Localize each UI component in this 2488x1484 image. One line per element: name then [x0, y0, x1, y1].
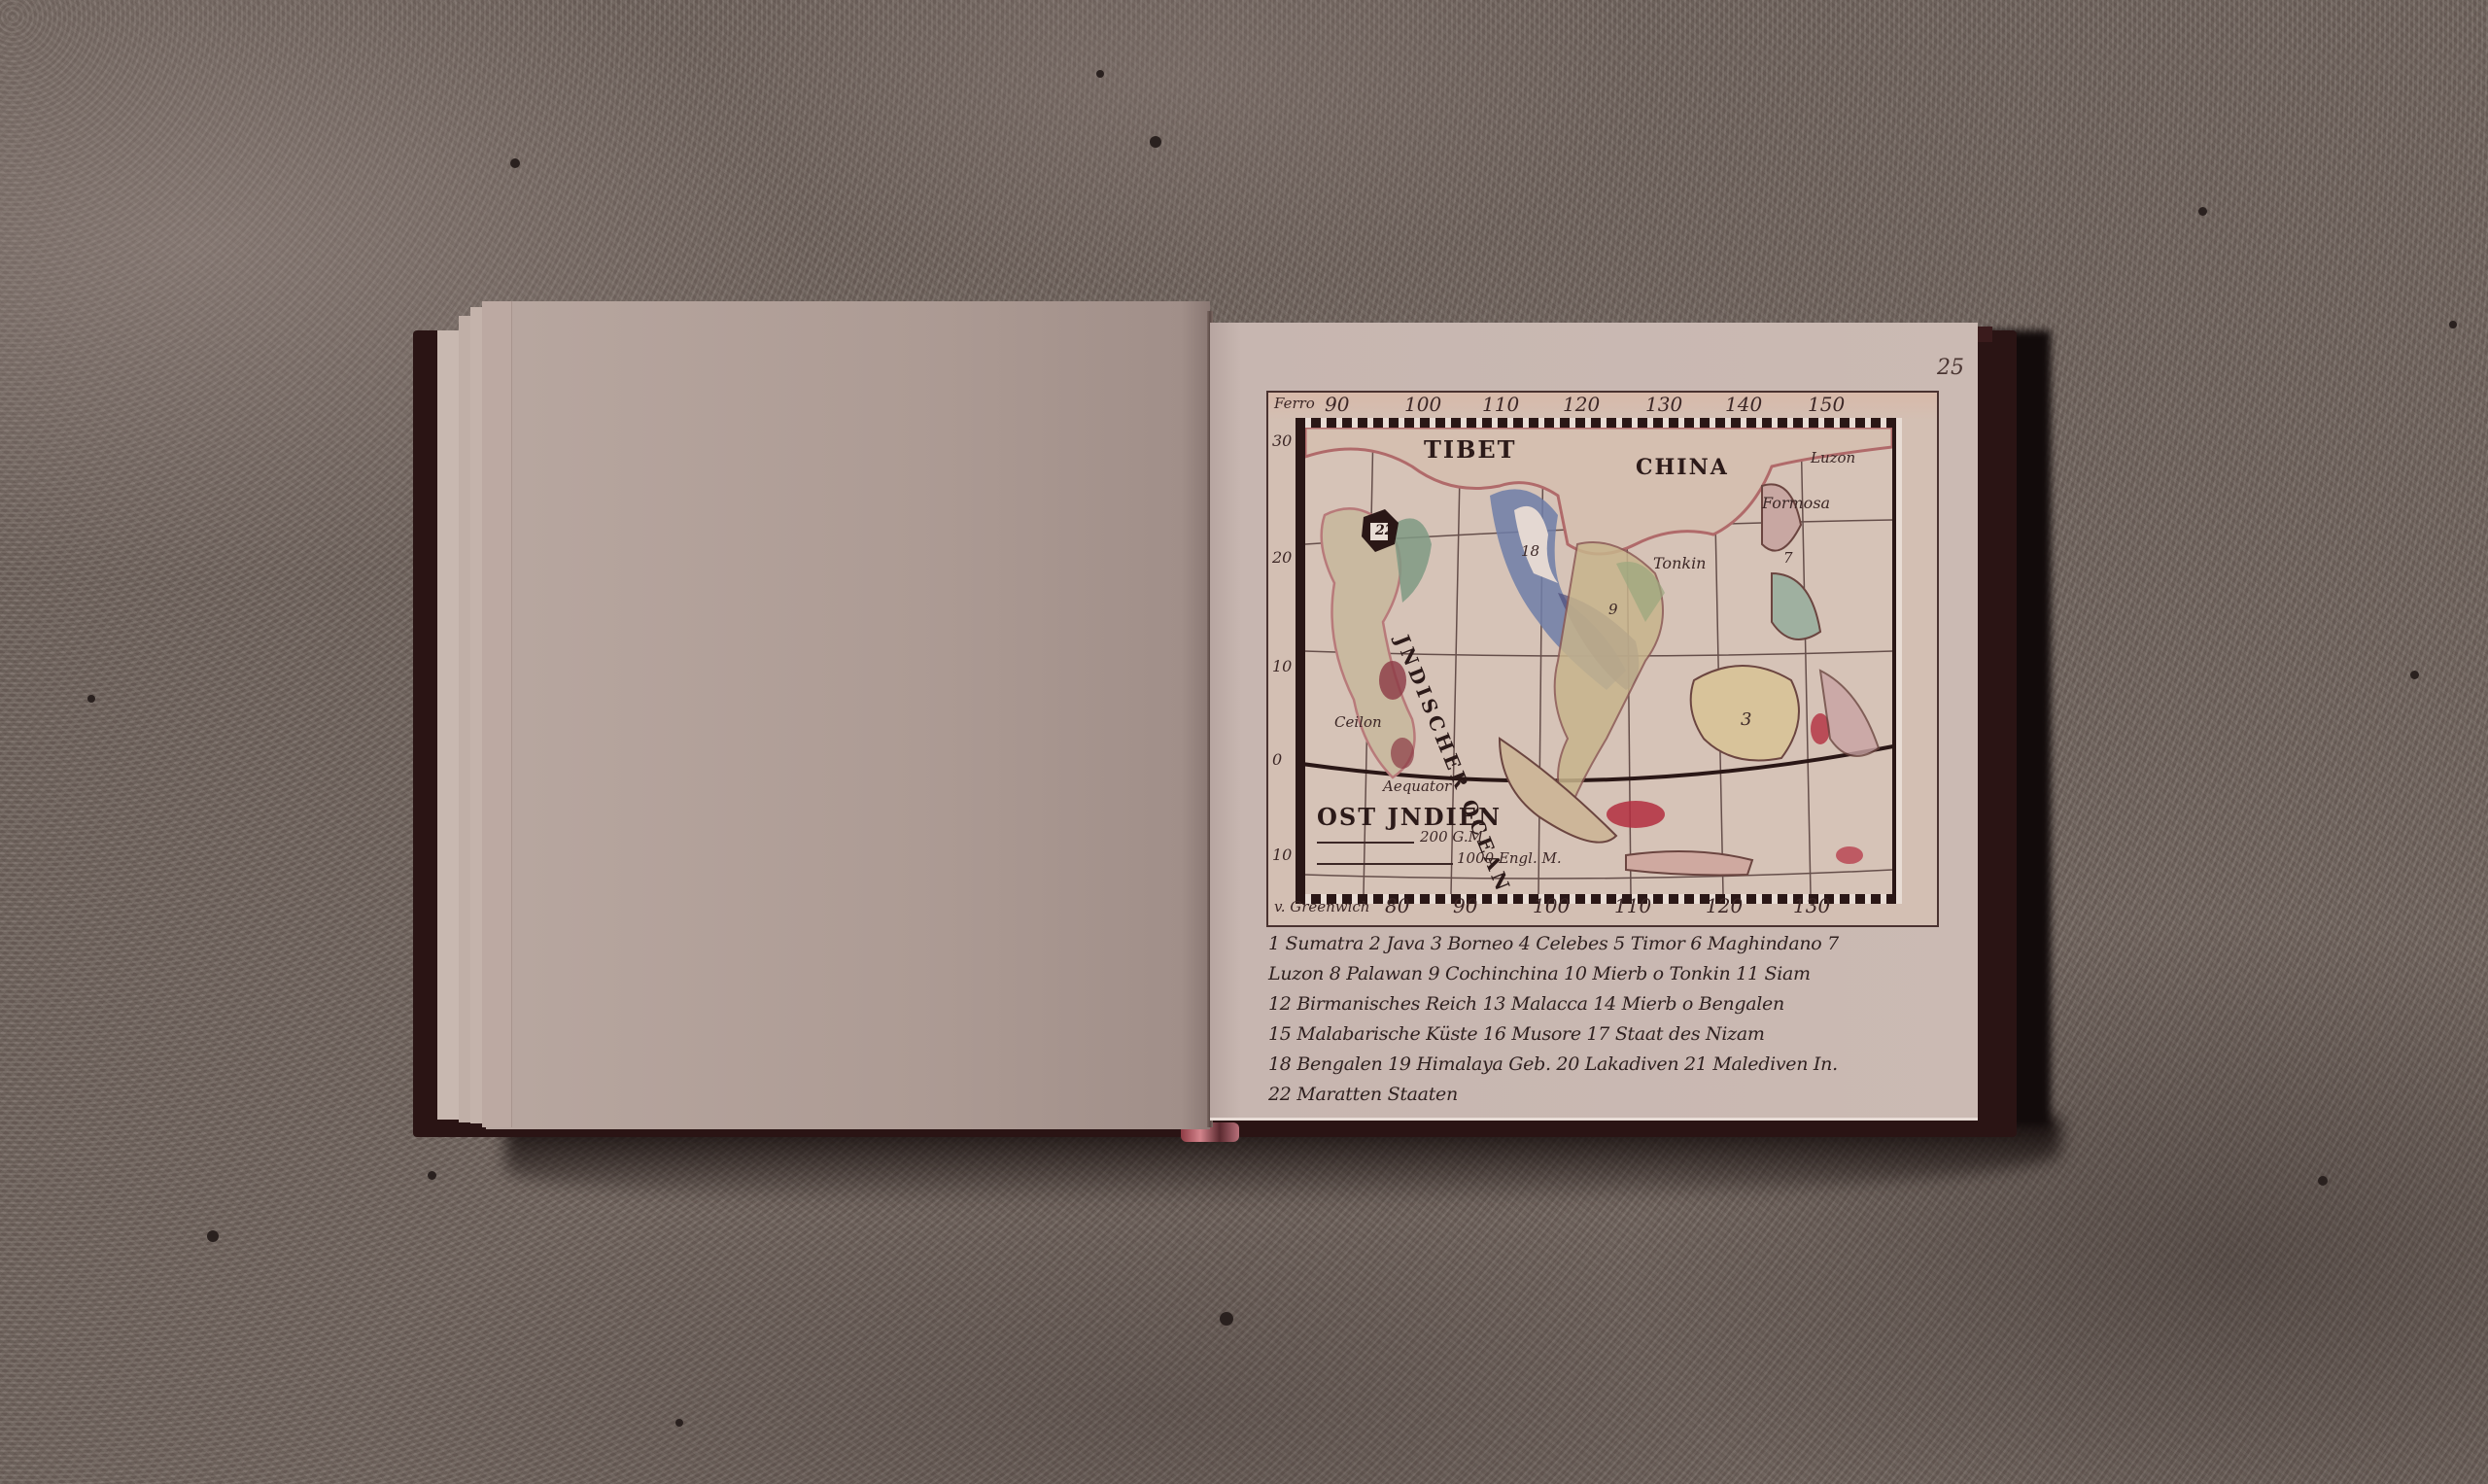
longitude-label: Ferro — [1274, 395, 1315, 412]
carpet-speck — [1150, 136, 1161, 148]
caption-line: 15 Malabarische Küste 16 Musore 17 Staat… — [1268, 1019, 1949, 1050]
carpet-speck — [675, 1419, 683, 1427]
carpet-speck — [1220, 1312, 1233, 1326]
longitude-label: 90 — [1453, 894, 1477, 917]
caption-line: Luzon 8 Palawan 9 Cochinchina 10 Mierb o… — [1268, 959, 1949, 989]
page-number: 25 — [1937, 356, 1964, 380]
map-label-ceylon: Ceilon — [1334, 713, 1382, 731]
carpet-speck — [207, 1230, 219, 1242]
map-number: 22 — [1375, 523, 1394, 538]
carpet-speck — [2198, 207, 2207, 216]
longitude-label: 130 — [1645, 393, 1682, 416]
longitude-label: 120 — [1563, 393, 1600, 416]
map-label-tibet: TIBET — [1424, 435, 1517, 464]
map-number: 18 — [1521, 542, 1539, 560]
latitude-label: 20 — [1272, 548, 1292, 567]
longitude-label: 120 — [1706, 894, 1743, 917]
map-label-luzon: Luzon — [1811, 449, 1855, 466]
map-label-equator: Aequator — [1383, 777, 1451, 795]
longitude-label: v. Greenwich — [1274, 898, 1370, 915]
map-number: 9 — [1608, 601, 1618, 618]
scale-bar-1 — [1317, 842, 1414, 844]
latitude-label: 10 — [1272, 846, 1292, 864]
caption-line: 12 Birmanisches Reich 13 Malacca 14 Mier… — [1268, 989, 1949, 1019]
map-label-china: CHINA — [1636, 455, 1729, 480]
caption-line: 18 Bengalen 19 Himalaya Geb. 20 Lakadive… — [1268, 1050, 1949, 1080]
latitude-label: 10 — [1272, 657, 1292, 675]
map-title: OST JNDIEN — [1317, 803, 1502, 831]
map-legend-caption: 1 Sumatra 2 Java 3 Borneo 4 Celebes 5 Ti… — [1268, 929, 1949, 1110]
carpet-speck — [2410, 671, 2419, 679]
longitude-label: 90 — [1325, 393, 1349, 416]
longitude-label: 140 — [1725, 393, 1762, 416]
longitude-label: 100 — [1404, 393, 1441, 416]
carpet-speck — [87, 695, 95, 703]
longitude-label: 100 — [1533, 894, 1570, 917]
carpet-speck — [428, 1171, 436, 1180]
caption-line: 22 Maratten Staaten — [1268, 1080, 1949, 1110]
carpet-speck — [2449, 321, 2457, 328]
longitude-label: 110 — [1482, 393, 1519, 416]
latitude-label: 30 — [1272, 431, 1292, 450]
map-ost-indien: Ferro 90 100 110 120 130 140 150 30 20 1… — [1266, 391, 1939, 927]
scale-label-1: 200 G.M. — [1420, 828, 1488, 846]
page-edge — [437, 330, 460, 1120]
map-number: 3 — [1741, 709, 1751, 730]
map-number: 7 — [1783, 549, 1793, 567]
carpet-speck — [510, 158, 520, 168]
page-edge — [482, 301, 512, 1127]
map-label-tonkin: Tonkin — [1653, 554, 1706, 572]
left-page[interactable] — [486, 301, 1210, 1129]
scale-bar-2 — [1317, 863, 1453, 865]
longitude-label: 80 — [1385, 894, 1409, 917]
longitude-label: 130 — [1793, 894, 1830, 917]
longitude-label: 150 — [1808, 393, 1845, 416]
map-label-formosa: Formosa — [1762, 494, 1830, 512]
scale-label-2: 1000 Engl. M. — [1457, 849, 1562, 867]
longitude-label: 110 — [1614, 894, 1651, 917]
map-checkered-frame: TIBET CHINA Luzon Formosa Tonkin Ceilon … — [1296, 418, 1902, 904]
latitude-label: 0 — [1272, 750, 1282, 769]
caption-line: 1 Sumatra 2 Java 3 Borneo 4 Celebes 5 Ti… — [1268, 929, 1949, 959]
carpet-speck — [1096, 70, 1104, 78]
carpet-speck — [2318, 1176, 2328, 1186]
